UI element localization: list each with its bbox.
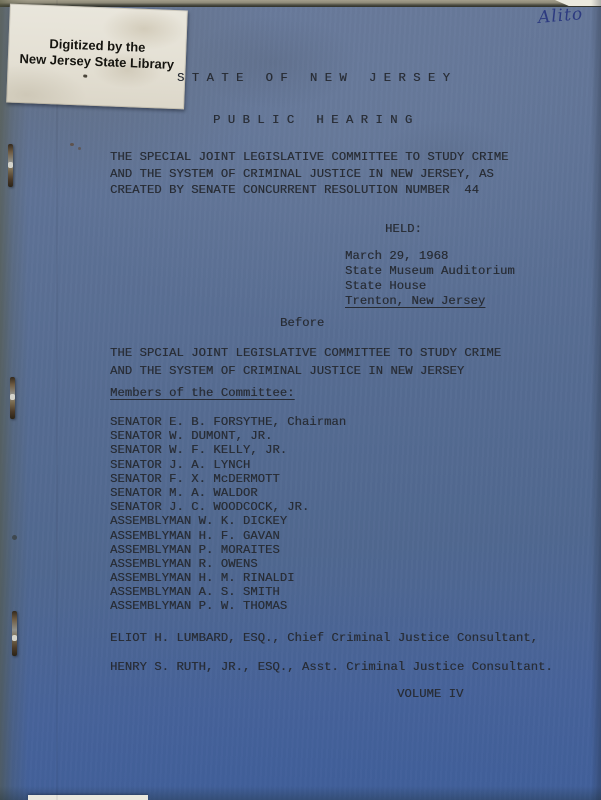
- hearing-city: Trenton, New Jersey: [345, 294, 485, 309]
- hearing-type-heading: P U B L I C H E A R I N G: [213, 113, 412, 128]
- hearing-date: March 29, 1968: [345, 249, 448, 264]
- member-item: SENATOR E. B. FORSYTHE, Chairman: [110, 415, 346, 429]
- staple-glint: [8, 162, 13, 168]
- held-label: HELD:: [385, 222, 422, 237]
- member-item: ASSEMBLYMAN W. K. DICKEY: [110, 514, 346, 528]
- staple-top: [8, 144, 13, 187]
- member-item: SENATOR F. X. McDERMOTT: [110, 472, 346, 486]
- member-item: SENATOR W. DUMONT, JR.: [110, 429, 346, 443]
- members-heading: Members of the Committee:: [110, 386, 294, 401]
- rust-speck: [70, 143, 74, 146]
- staple-middle: [10, 377, 15, 419]
- staple-glint: [10, 394, 15, 400]
- member-item: SENATOR M. A. WALDOR: [110, 486, 346, 500]
- staple-glint: [12, 635, 17, 641]
- member-item: ASSEMBLYMAN H. F. GAVAN: [110, 529, 346, 543]
- staple-bottom: [12, 611, 17, 656]
- handwritten-annotation: Alito: [537, 4, 584, 28]
- committee-paragraph: THE SPECIAL JOINT LEGISLATIVE COMMITTEE …: [110, 150, 508, 200]
- volume-label: VOLUME IV: [397, 687, 463, 702]
- digitized-label: Digitized by the New Jersey State Librar…: [6, 4, 188, 110]
- document-title: S T A T E O F N E W J E R S E Y: [177, 71, 450, 86]
- hearing-building: State House: [345, 279, 426, 294]
- member-item: ASSEMBLYMAN P. W. THOMAS: [110, 599, 346, 613]
- committee-paragraph-line: AND THE SYSTEM OF CRIMINAL JUSTICE IN NE…: [110, 167, 508, 184]
- member-item: ASSEMBLYMAN A. S. SMITH: [110, 585, 346, 599]
- paper-crease: [56, 0, 58, 800]
- member-item: SENATOR J. A. LYNCH: [110, 458, 346, 472]
- page-right-edge: [591, 0, 601, 800]
- hearing-venue: State Museum Auditorium: [345, 264, 515, 279]
- scanned-document-page: Digitized by the New Jersey State Librar…: [0, 0, 601, 800]
- committee-paragraph-line: THE SPECIAL JOINT LEGISLATIVE COMMITTEE …: [110, 150, 508, 167]
- paper-stain: [190, 15, 360, 110]
- consultant-line-2: HENRY S. RUTH, JR., ESQ., Asst. Criminal…: [110, 660, 553, 675]
- member-item: SENATOR J. C. WOODCOCK, JR.: [110, 500, 346, 514]
- member-item: ASSEMBLYMAN H. M. RINALDI: [110, 571, 346, 585]
- before-label: Before: [280, 316, 324, 331]
- rust-speck: [78, 147, 81, 150]
- committee-paragraph-line: CREATED BY SENATE CONCURRENT RESOLUTION …: [110, 183, 508, 200]
- members-list: SENATOR E. B. FORSYTHE, ChairmanSENATOR …: [110, 415, 346, 614]
- scanner-bed-sliver: [28, 795, 148, 800]
- consultant-line-1: ELIOT H. LUMBARD, ESQ., Chief Criminal J…: [110, 631, 538, 646]
- label-ink-dot: [83, 74, 87, 77]
- member-item: ASSEMBLYMAN P. MORAITES: [110, 543, 346, 557]
- paper-speck: [12, 535, 17, 540]
- member-item: SENATOR W. F. KELLY, JR.: [110, 443, 346, 457]
- before-committee-line: THE SPCIAL JOINT LEGISLATIVE COMMITTEE T…: [110, 346, 501, 364]
- member-item: ASSEMBLYMAN R. OWENS: [110, 557, 346, 571]
- before-committee-line: AND THE SYSTEM OF CRIMINAL JUSTICE IN NE…: [110, 364, 501, 382]
- before-committee: THE SPCIAL JOINT LEGISLATIVE COMMITTEE T…: [110, 346, 501, 382]
